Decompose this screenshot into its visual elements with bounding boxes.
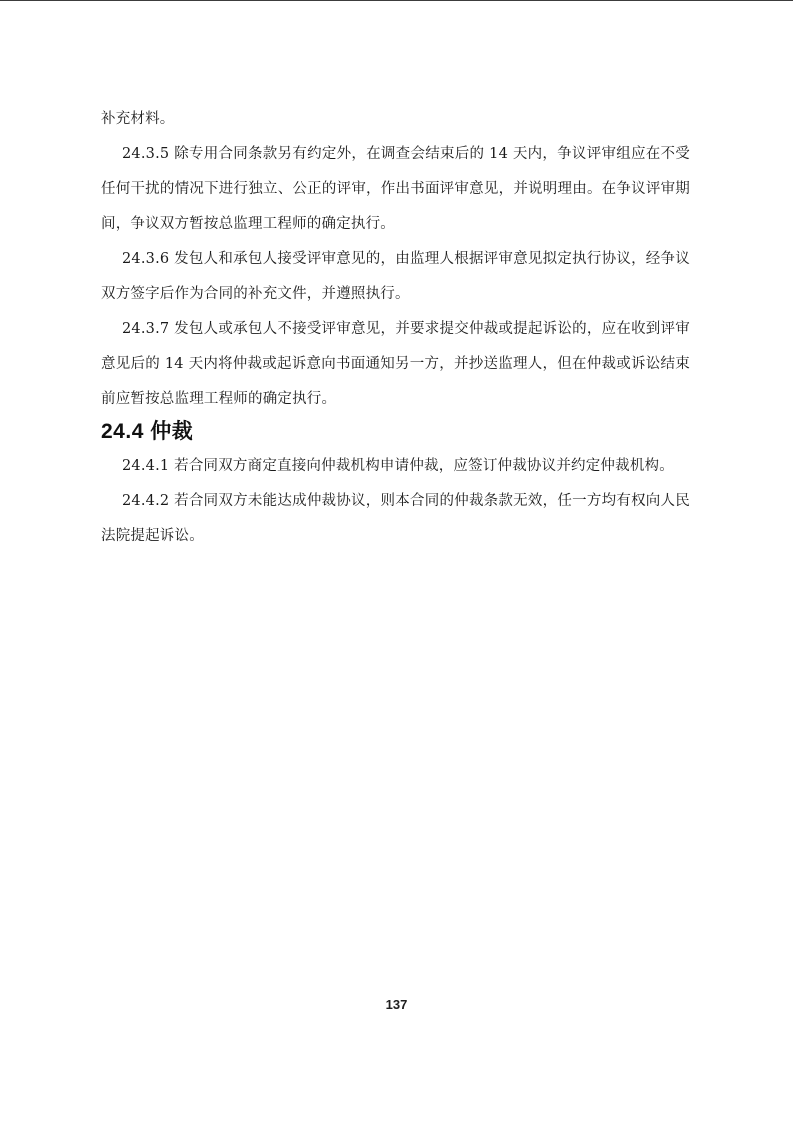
document-body: 补充材料。 24.3.5 除专用合同条款另有约定外，在调查会结束后的 14 天内… — [101, 102, 690, 554]
document-page: 补充材料。 24.3.5 除专用合同条款另有约定外，在调查会结束后的 14 天内… — [0, 0, 793, 1123]
section-heading-24-4: 24.4 仲裁 — [101, 417, 690, 447]
paragraph-clause-24-4-1: 24.4.1 若合同双方商定直接向仲裁机构申请仲裁，应签订仲裁协议并约定仲裁机构… — [101, 449, 690, 484]
paragraph-continuation: 补充材料。 — [101, 102, 690, 137]
page-number: 137 — [0, 997, 793, 1012]
paragraph-clause-24-3-5: 24.3.5 除专用合同条款另有约定外，在调查会结束后的 14 天内，争议评审组… — [101, 137, 690, 242]
paragraph-clause-24-3-6: 24.3.6 发包人和承包人接受评审意见的，由监理人根据评审意见拟定执行协议，经… — [101, 242, 690, 312]
paragraph-clause-24-4-2: 24.4.2 若合同双方未能达成仲裁协议，则本合同的仲裁条款无效，任一方均有权向… — [101, 484, 690, 554]
paragraph-clause-24-3-7: 24.3.7 发包人或承包人不接受评审意见，并要求提交仲裁或提起诉讼的，应在收到… — [101, 312, 690, 417]
